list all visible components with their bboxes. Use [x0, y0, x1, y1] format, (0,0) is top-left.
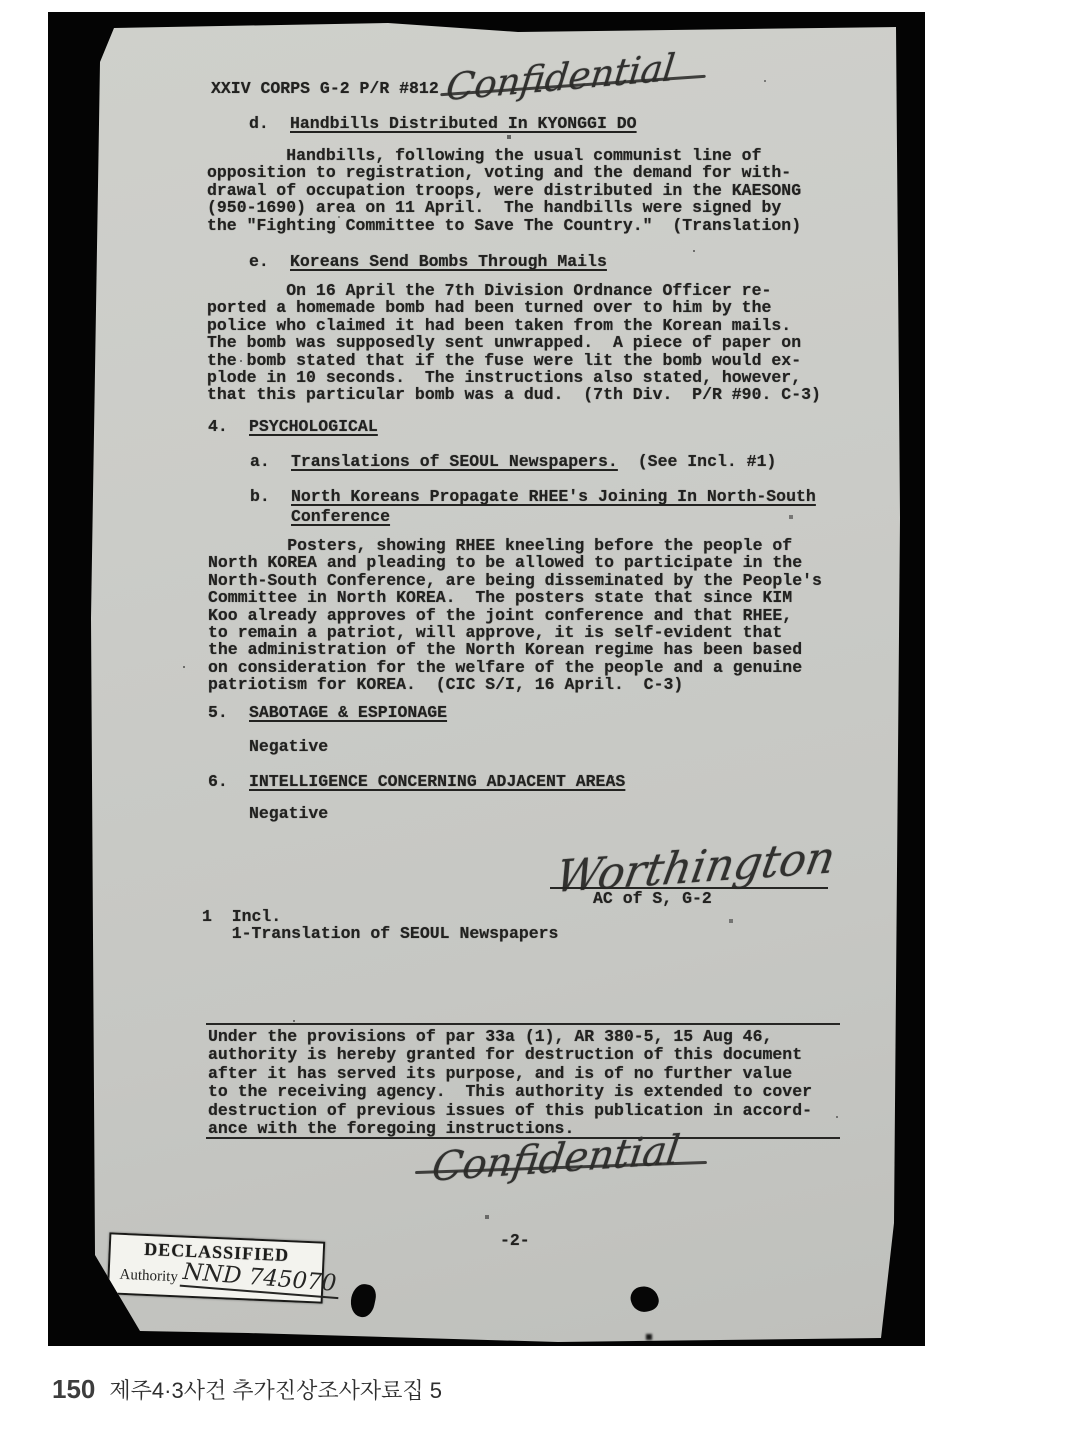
section-6-number: 6. — [208, 773, 249, 790]
section-6-body: Negative — [249, 805, 328, 822]
section-6-title: INTELLIGENCE CONCERNING ADJACENT AREAS — [249, 772, 625, 791]
section-4a: a.Translations of SEOUL Newspapers.(See … — [250, 453, 776, 470]
section-5-number: 5. — [208, 704, 249, 721]
section-4-title: PSYCHOLOGICAL — [249, 417, 378, 436]
item-e-heading: Koreans Send Bombs Through Mails — [290, 252, 607, 271]
item-e-label: e. — [249, 253, 290, 270]
document-header: XXIV CORPS G-2 P/R #812 — [211, 80, 439, 97]
destruction-notice: Under the provisions of par 33a (1), AR … — [208, 1028, 812, 1138]
item-a-note: (See Incl. #1) — [638, 452, 777, 471]
section-6-heading: 6.INTELLIGENCE CONCERNING ADJACENT AREAS — [208, 773, 625, 790]
section-5-body: Negative — [249, 738, 328, 755]
book-caption: 150제주4·3사건 추가진상조사자료집 5 — [52, 1374, 442, 1405]
section-item-e: e.Koreans Send Bombs Through Mails — [249, 253, 607, 270]
item-e-paragraph: On 16 April the 7th Division Ordnance Of… — [207, 282, 821, 404]
section-5-heading: 5.SABOTAGE & ESPIONAGE — [208, 704, 447, 721]
section-4-heading: 4.PSYCHOLOGICAL — [208, 418, 378, 435]
document-paper: XXIV CORPS G-2 P/R #812 Confidential d.H… — [88, 18, 902, 1344]
authority-label: Authority — [119, 1267, 178, 1286]
item-d-heading: Handbills Distributed In KYONGGI DO — [290, 114, 637, 133]
caption-title: 제주4·3사건 추가진상조사자료집 5 — [109, 1378, 442, 1403]
item-d-label: d. — [249, 115, 290, 132]
inclosure-list: 1 Incl. 1-Translation of SEOUL Newspaper… — [202, 908, 558, 943]
section-4b-paragraph: Posters, showing RHEE kneeling before th… — [208, 537, 822, 694]
section-4b: b.North Koreans Propagate RHEE's Joining… — [250, 487, 816, 527]
destruction-notice-topline — [206, 1023, 840, 1025]
item-a-label: a. — [250, 453, 291, 470]
caption-page-number: 150 — [52, 1374, 95, 1404]
ink-blob-right — [628, 1282, 662, 1315]
signature-title: AC of S, G-2 — [593, 890, 712, 907]
ink-blob-left — [348, 1282, 378, 1319]
item-d-paragraph: Handbills, following the usual communist… — [207, 147, 801, 234]
section-4-number: 4. — [208, 418, 249, 435]
section-5-title: SABOTAGE & ESPIONAGE — [249, 703, 447, 722]
confidential-script-top: Confidential — [444, 46, 678, 110]
item-b-label: b. — [250, 487, 291, 507]
declassified-stamp: DECLASSIFIED AuthorityNND 745070 — [107, 1232, 325, 1303]
item-b-heading-line2: Conference — [291, 507, 816, 527]
item-a-heading: Translations of SEOUL Newspapers. — [291, 452, 618, 471]
section-item-d: d.Handbills Distributed In KYONGGI DO — [249, 115, 637, 132]
page-number: -2- — [500, 1232, 530, 1249]
item-b-heading-line1: North Koreans Propagate RHEE's Joining I… — [291, 487, 816, 507]
